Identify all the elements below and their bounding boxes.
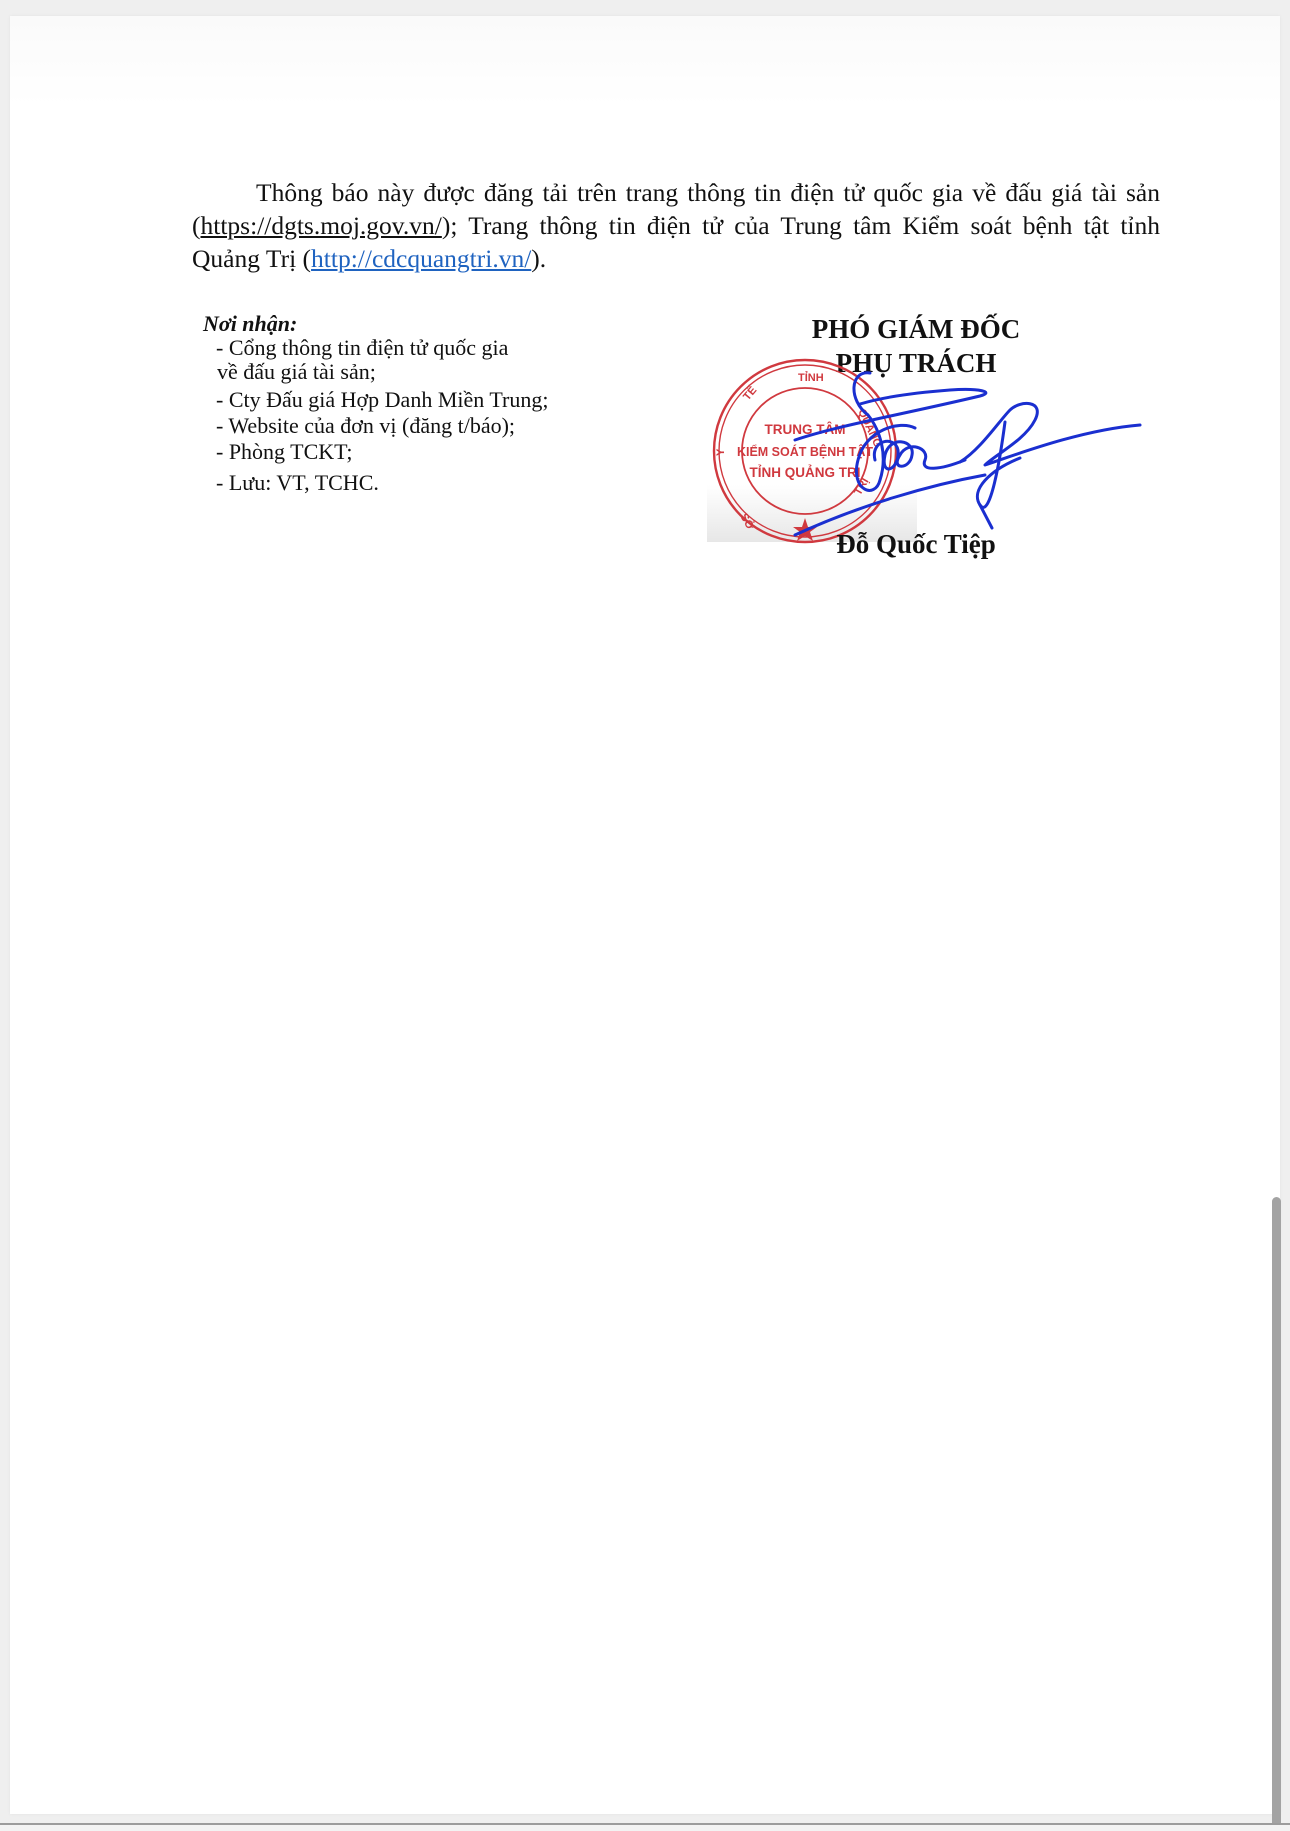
signer-name: Đỗ Quốc Tiệp bbox=[766, 527, 1066, 561]
recipients-block: Nơi nhận: - Cổng thông tin điện tử quốc … bbox=[203, 312, 548, 496]
publication-notice-paragraph: Thông báo này được đăng tải trên trang t… bbox=[192, 176, 1160, 275]
viewer-bottom-strip bbox=[0, 1825, 1290, 1831]
recipient-item: - Cổng thông tin điện tử quốc gia bbox=[203, 336, 548, 360]
document-viewer: Thông báo này được đăng tải trên trang t… bbox=[0, 0, 1290, 1831]
recipient-item-continuation: về đấu giá tài sản; bbox=[203, 360, 548, 384]
recipient-item: - Cty Đấu giá Hợp Danh Miền Trung; bbox=[203, 387, 548, 413]
scrollbar-thumb[interactable] bbox=[1272, 1197, 1281, 1823]
cdcquangtri-link[interactable]: http://cdcquangtri.vn/ bbox=[311, 244, 531, 273]
notice-text-3: ). bbox=[531, 244, 546, 273]
page-top-fade bbox=[10, 16, 1280, 106]
svg-text:TẾ: TẾ bbox=[740, 384, 759, 403]
document-page bbox=[10, 16, 1280, 1814]
signer-title-line1: PHÓ GIÁM ĐỐC bbox=[766, 312, 1066, 346]
svg-text:Y: Y bbox=[715, 448, 727, 456]
recipient-item: - Lưu: VT, TCHC. bbox=[203, 470, 548, 496]
recipient-item: - Phòng TCKT; bbox=[203, 439, 548, 465]
dgts-link[interactable]: https://dgts.moj.gov.vn/ bbox=[201, 211, 442, 240]
recipient-item: - Website của đơn vị (đăng t/báo); bbox=[203, 413, 548, 439]
recipients-heading: Nơi nhận: bbox=[203, 312, 548, 336]
